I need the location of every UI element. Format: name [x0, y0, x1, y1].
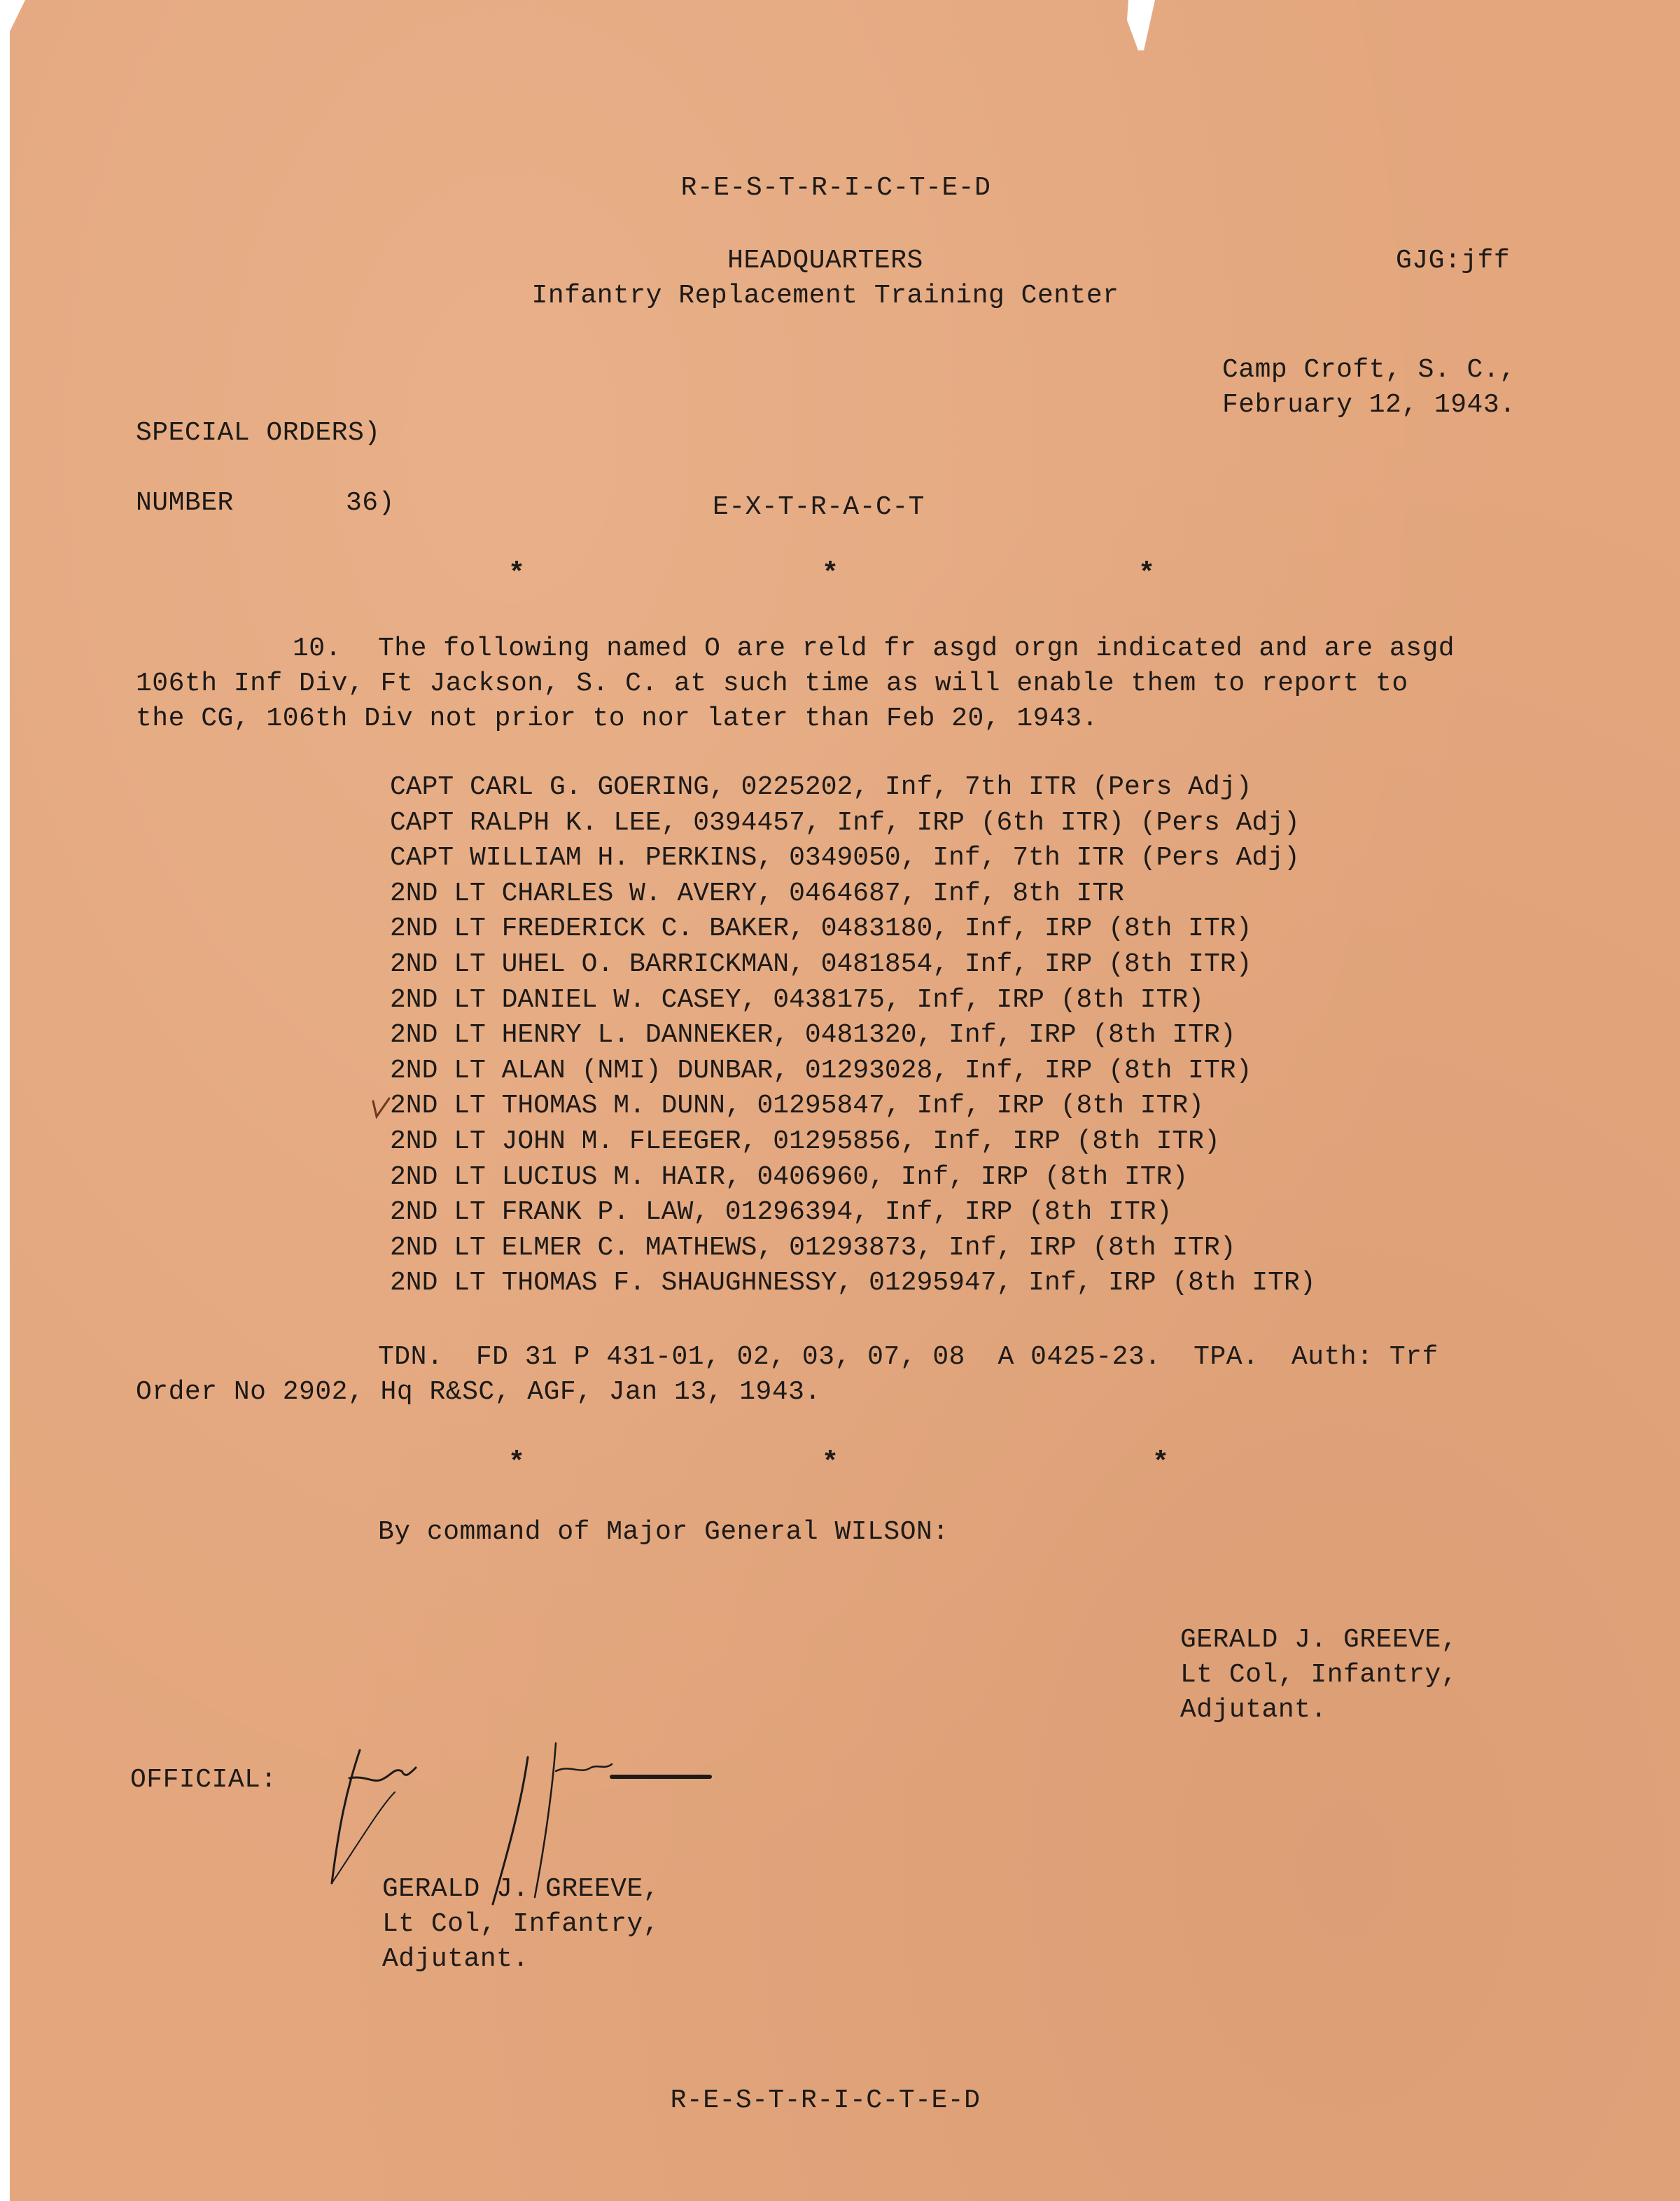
- officer-row-checked: 2ND LT THOMAS M. DUNN, 01295847, Inf, IR…: [390, 1089, 1316, 1124]
- organization-name: Infantry Replacement Training Center: [10, 279, 1641, 314]
- signatory-title: Adjutant.: [1180, 1693, 1327, 1728]
- officer-row: CAPT CARL G. GOERING, 0225202, Inf, 7th …: [390, 770, 1316, 806]
- separator-asterisk: *: [822, 1448, 839, 1479]
- officer-row: 2ND LT LUCIUS M. HAIR, 0406960, Inf, IRP…: [390, 1160, 1316, 1196]
- order-number: 36): [346, 486, 395, 521]
- officer-list: CAPT CARL G. GOERING, 0225202, Inf, 7th …: [390, 770, 1316, 1301]
- officer-row: CAPT WILLIAM H. PERKINS, 0349050, Inf, 7…: [390, 841, 1316, 876]
- separator-asterisk: *: [508, 1448, 525, 1479]
- officer-row: 2ND LT JOHN M. FLEEGER, 01295856, Inf, I…: [390, 1124, 1316, 1160]
- signatory-name: GERALD J. GREEVE,: [1180, 1623, 1457, 1658]
- officer-row: 2ND LT FREDERICK C. BAKER, 0483180, Inf,…: [390, 911, 1316, 947]
- officer-row: 2ND LT HENRY L. DANNEKER, 0481320, Inf, …: [390, 1018, 1316, 1054]
- separator-asterisk: *: [1152, 1448, 1169, 1479]
- signatory-rank: Lt Col, Infantry,: [1180, 1658, 1457, 1693]
- separator-asterisk: *: [822, 559, 839, 590]
- funding-line: TDN. FD 31 P 431-01, 02, 03, 07, 08 A 04…: [378, 1340, 1438, 1375]
- officer-row: 2ND LT DANIEL W. CASEY, 0438175, Inf, IR…: [390, 983, 1316, 1019]
- classification-footer: R-E-S-T-R-I-C-T-E-D: [10, 2083, 1641, 2118]
- special-orders-label: SPECIAL ORDERS): [136, 416, 381, 451]
- official-name: GERALD J. GREEVE,: [382, 1872, 659, 1907]
- number-label: NUMBER: [136, 486, 234, 521]
- order-date: February 12, 1943.: [1222, 388, 1515, 423]
- separator-asterisk: *: [1138, 559, 1155, 590]
- officer-row: 2ND LT UHEL O. BARRICKMAN, 0481854, Inf,…: [390, 947, 1316, 983]
- paragraph-number: 10.: [293, 631, 342, 666]
- reference-initials: GJG:jff: [1396, 244, 1510, 279]
- paragraph-line: 106th Inf Div, Ft Jackson, S. C. at such…: [136, 666, 1408, 701]
- document-page: R-E-S-T-R-I-C-T-E-D HEADQUARTERS Infantr…: [10, 0, 1680, 2201]
- paragraph-line: the CG, 106th Div not prior to nor later…: [136, 701, 1098, 736]
- extract-label: E-X-T-R-A-C-T: [713, 490, 925, 525]
- officer-row: 2ND LT FRANK P. LAW, 01296394, Inf, IRP …: [390, 1195, 1316, 1231]
- separator-asterisk: *: [508, 559, 525, 590]
- paragraph-line: The following named O are reld fr asgd o…: [378, 631, 1455, 666]
- official-rank: Lt Col, Infantry,: [382, 1907, 659, 1942]
- official-title: Adjutant.: [382, 1942, 529, 1977]
- classification-header: R-E-S-T-R-I-C-T-E-D: [10, 171, 1662, 206]
- officer-row: 2ND LT THOMAS F. SHAUGHNESSY, 01295947, …: [390, 1266, 1316, 1301]
- command-line: By command of Major General WILSON:: [378, 1515, 949, 1550]
- location: Camp Croft, S. C.,: [1222, 353, 1515, 388]
- officer-row: CAPT RALPH K. LEE, 0394457, Inf, IRP (6t…: [390, 806, 1316, 841]
- pencil-checkmark-icon: [370, 1096, 391, 1119]
- officer-row: 2ND LT CHARLES W. AVERY, 0464687, Inf, 8…: [390, 876, 1316, 912]
- officer-row: 2ND LT ALAN (NMI) DUNBAR, 01293028, Inf,…: [390, 1054, 1316, 1089]
- authority-line: Order No 2902, Hq R&SC, AGF, Jan 13, 194…: [136, 1375, 821, 1410]
- officer-row: 2ND LT ELMER C. MATHEWS, 01293873, Inf, …: [390, 1231, 1316, 1266]
- official-label: OFFICIAL:: [130, 1763, 277, 1798]
